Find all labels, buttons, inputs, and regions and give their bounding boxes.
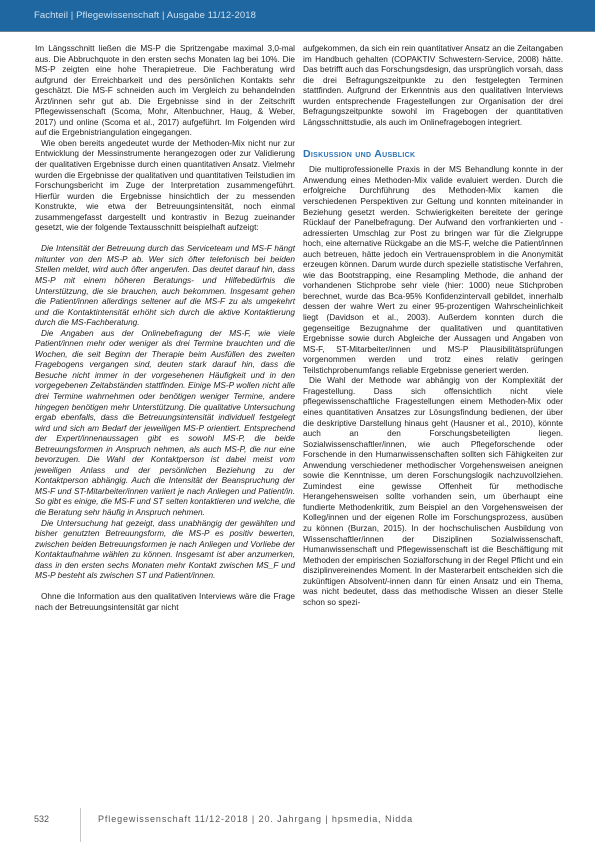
body-paragraph: Wie oben bereits angedeutet wurde der Me… [35, 139, 295, 234]
running-header: Fachteil | Pflegewissenschaft | Ausgabe … [0, 0, 595, 32]
body-paragraph: Die multiprofessionelle Praxis in der MS… [303, 165, 563, 376]
footer-divider [80, 808, 81, 842]
paragraph-spacer [35, 234, 295, 245]
section-heading: Diskussion und Ausblick [303, 148, 563, 160]
page-footer: 532 Pflegewissenschaft 11/12-2018 | 20. … [0, 800, 595, 842]
publication-info: Pflegewissenschaft 11/12-2018 | 20. Jahr… [98, 814, 413, 824]
body-paragraph: Die Wahl der Methode war abhängig von de… [303, 376, 563, 608]
body-paragraph: aufgekommen, da sich ein rein quantitati… [303, 44, 563, 128]
page-number: 532 [34, 814, 49, 824]
left-column: Im Längsschnitt ließen die MS-P die Spri… [35, 44, 295, 613]
body-paragraph: Im Längsschnitt ließen die MS-P die Spri… [35, 44, 295, 139]
quote-paragraph: Die Intensität der Betreuung durch das S… [35, 244, 295, 328]
quoted-excerpt: Die Intensität der Betreuung durch das S… [35, 244, 295, 582]
paragraph-spacer [35, 582, 295, 593]
right-column: aufgekommen, da sich ein rein quantitati… [303, 44, 563, 608]
quote-paragraph: Die Untersuchung hat gezeigt, dass unabh… [35, 519, 295, 582]
body-paragraph: Ohne die Information aus den qualitative… [35, 592, 295, 613]
quote-paragraph: Die Angaben aus der Onlinebefragung der … [35, 329, 295, 519]
running-header-title: Fachteil | Pflegewissenschaft | Ausgabe … [34, 10, 256, 21]
